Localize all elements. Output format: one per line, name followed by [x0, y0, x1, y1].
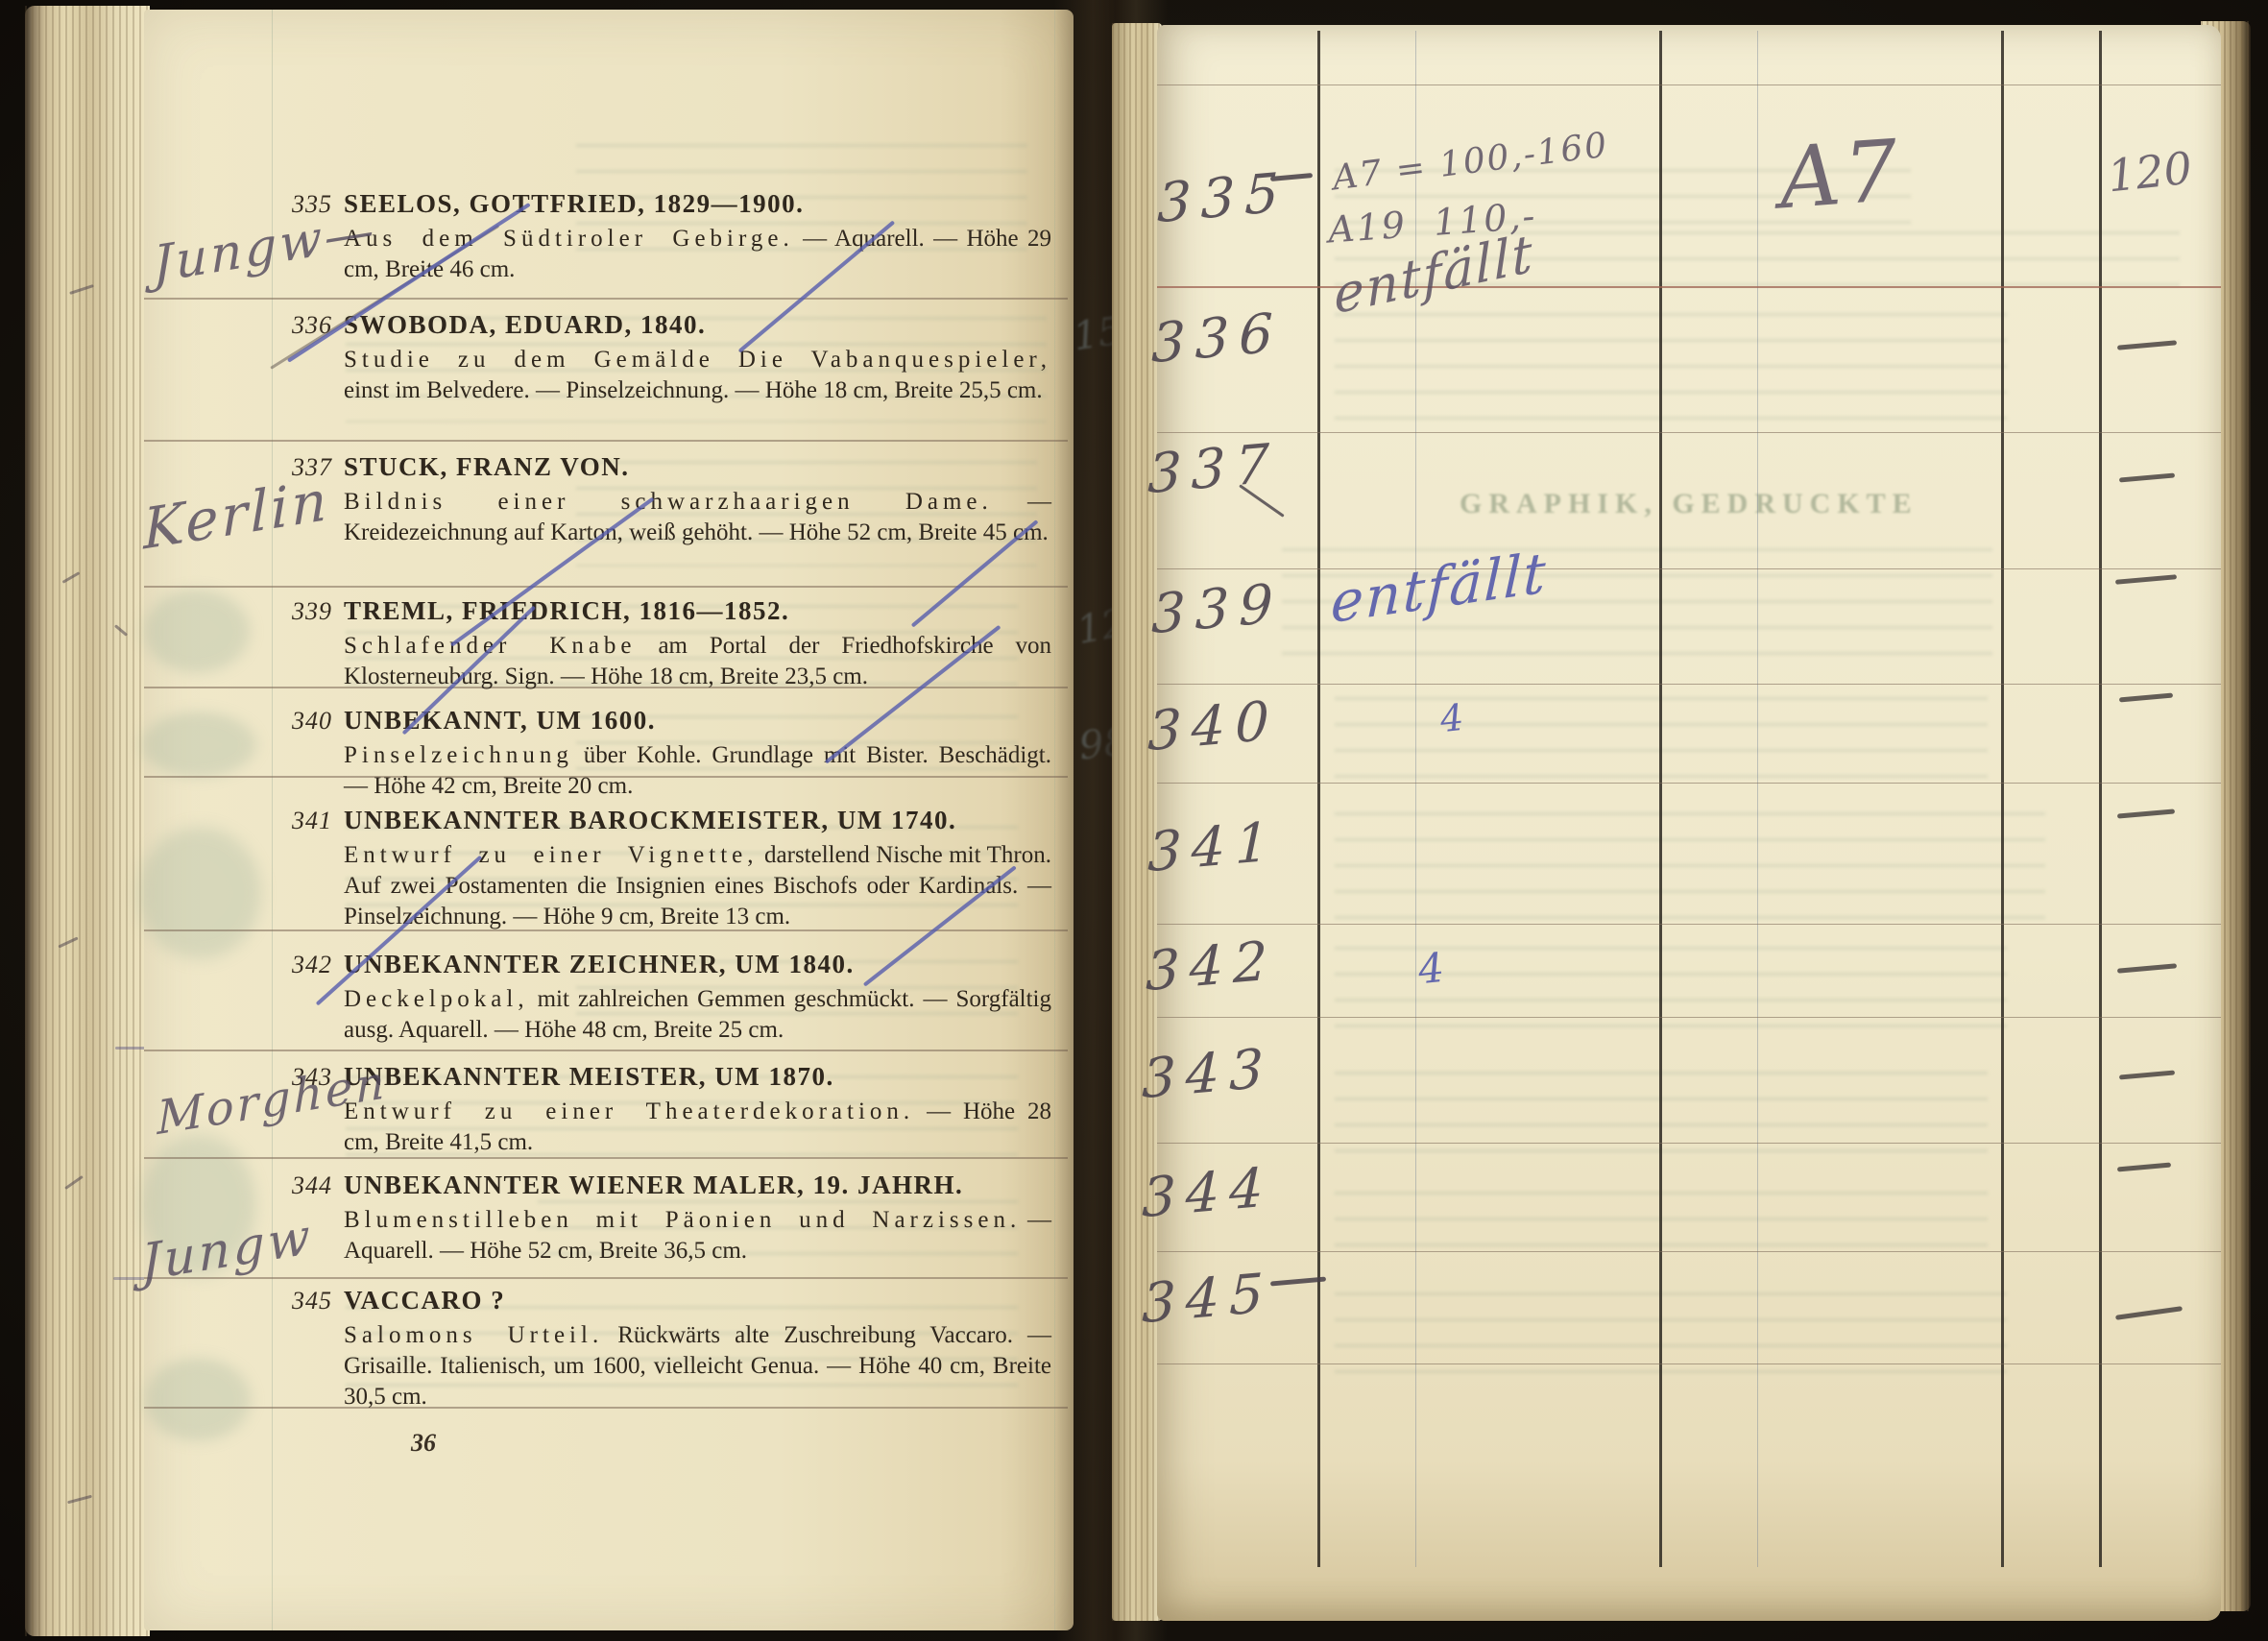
result-dash: [2117, 340, 2177, 350]
book-spread-scan: 15 12 98 335 SEELOS, GOTTFRIED, 1829—190…: [0, 0, 2268, 1641]
ledger-lot-number: 344: [1142, 1156, 1274, 1230]
catalog-entry: 337 STUCK, FRANZ VON. Bildnis einer schw…: [344, 451, 1051, 548]
ledger-row-rule: [1157, 1251, 2221, 1252]
entry-separator: [144, 440, 1068, 442]
ledger-row-rule: [1157, 568, 2221, 569]
showthrough-text: [1335, 313, 2007, 423]
entry-title: Pinselzeichnung: [344, 742, 573, 768]
showthrough-scribble: [139, 586, 254, 677]
catalog-entry: 341 UNBEKANNTER BAROCKMEISTER, UM 1740. …: [344, 805, 1051, 932]
result-dash: [2115, 1306, 2183, 1320]
entry-title: Blumenstilleben mit Päonien und Narzisse…: [344, 1207, 1021, 1233]
entry-separator: [144, 1277, 1068, 1279]
catalog-entry: 343 UNBEKANNTER MEISTER, UM 1870. Entwur…: [344, 1061, 1051, 1158]
ledger-result-value: 120: [2105, 142, 2194, 203]
showthrough-scribble: [140, 1354, 255, 1445]
ledger-row-rule: [1157, 1363, 2221, 1364]
entry-title: Aus dem Südtiroler Gebirge.: [344, 226, 794, 252]
catalog-page: 15 12 98 335 SEELOS, GOTTFRIED, 1829—190…: [144, 10, 1074, 1630]
ledger-row-rule: [1157, 1017, 2221, 1018]
ledger-lot-number: 337: [1147, 432, 1280, 506]
showthrough-text: [1335, 1292, 2007, 1384]
entry-text: Blumenstilleben mit Päonien und Narzisse…: [344, 1205, 1051, 1267]
entry-heading: SWOBODA, EDUARD, 1840.: [344, 309, 1051, 341]
book-left-page-edges: [25, 6, 150, 1636]
result-dash: [2117, 1163, 2171, 1172]
ledger-code: A7: [1776, 121, 1905, 229]
entry-description: einst im Belvedere. — Pinselzeichnung. —…: [344, 377, 1043, 403]
entry-heading: UNBEKANNTER MEISTER, UM 1870.: [344, 1061, 1051, 1093]
ledger-row-rule: [1157, 1143, 2221, 1144]
entry-heading: UNBEKANNTER BAROCKMEISTER, UM 1740.: [344, 805, 1051, 836]
entry-title: Studie zu dem Gemälde Die Vabanquespiele…: [344, 347, 1051, 373]
ledger-lot-number: 336: [1151, 302, 1284, 375]
result-dash: [2115, 574, 2177, 585]
ledger-column-rule: [1317, 31, 1320, 1567]
entry-heading: SEELOS, GOTTFRIED, 1829—1900.: [344, 188, 1051, 220]
result-dash: [2119, 693, 2173, 703]
ledger-page: GRAPHIK, GEDRUCKTE 335 336 337 339 340: [1157, 25, 2221, 1621]
entry-text: Entwurf zu einer Theaterdekoration. — Hö…: [344, 1097, 1051, 1158]
entry-title: Deckelpokal,: [344, 986, 529, 1012]
page-number: 36: [411, 1429, 436, 1458]
result-dash: [2117, 963, 2177, 973]
showthrough-text: [1335, 812, 2045, 928]
entry-heading: STUCK, FRANZ VON.: [344, 451, 1051, 483]
result-dash: [2119, 472, 2175, 482]
showthrough-scribble: [133, 821, 267, 965]
ledger-lot-number: 342: [1146, 929, 1278, 1003]
entry-text: Schlafender Knabe am Portal der Friedhof…: [344, 631, 1051, 692]
showthrough-heading: GRAPHIK, GEDRUCKTE: [1460, 488, 1918, 520]
ledger-lot-number: 345: [1142, 1262, 1274, 1336]
ledger-lot-number: 339: [1151, 572, 1284, 646]
entry-title: Salomons Urteil.: [344, 1322, 603, 1348]
ledger-note: 4: [1416, 944, 1449, 994]
entry-title: Entwurf zu einer Theaterdekoration.: [344, 1098, 914, 1124]
margin-note: Kerlin: [143, 467, 330, 562]
ledger-column-rule: [2001, 31, 2004, 1567]
entry-text: Bildnis einer schwarzhaarigen Dame. — Kr…: [344, 487, 1051, 548]
ledger-row-rule: [1157, 432, 2221, 433]
ledger-row-rule: [1157, 84, 2221, 85]
ledger-column-rule-thin: [1757, 31, 1758, 1567]
entry-heading: UNBEKANNTER WIENER MALER, 19. JAHRH.: [344, 1170, 1051, 1201]
lot-number: 340: [277, 707, 332, 736]
entry-separator: [144, 586, 1068, 588]
result-dash: [2119, 1070, 2175, 1079]
catalog-entry: 345 VACCARO ? Salomons Urteil. Rückwärts…: [344, 1285, 1051, 1412]
ledger-row-rule-red: [1157, 286, 2221, 288]
ledger-row-rule: [1157, 783, 2221, 784]
entry-text: Studie zu dem Gemälde Die Vabanquespiele…: [344, 345, 1051, 406]
entry-text: Salomons Urteil. Rückwärts alte Zuschrei…: [344, 1320, 1051, 1412]
ledger-column-rule: [1659, 31, 1662, 1567]
catalog-entry: 340 UNBEKANNT, UM 1600. Pinselzeichnung …: [344, 705, 1051, 802]
ledger-lot-number: 343: [1142, 1037, 1274, 1111]
lot-number: 339: [277, 597, 332, 626]
lot-number: 345: [277, 1287, 332, 1315]
entry-separator: [144, 1050, 1068, 1051]
entry-separator: [144, 298, 1068, 300]
lot-number: 344: [277, 1171, 332, 1200]
ledger-row-rule: [1157, 924, 2221, 925]
ledger-note: 4: [1438, 696, 1468, 740]
catalog-entry: 344 UNBEKANNTER WIENER MALER, 19. JAHRH.…: [344, 1170, 1051, 1267]
catalog-entry: 335 SEELOS, GOTTFRIED, 1829—1900. Aus de…: [344, 188, 1051, 285]
entry-heading: VACCARO ?: [344, 1285, 1051, 1316]
entry-text: Pinselzeichnung über Kohle. Grundlage mi…: [344, 740, 1051, 802]
result-dash: [2117, 808, 2175, 818]
catalog-entry: 336 SWOBODA, EDUARD, 1840. Studie zu dem…: [344, 309, 1051, 406]
lot-number: 342: [277, 951, 332, 979]
entry-title: Entwurf zu einer Vignette,: [344, 842, 758, 868]
showthrough-scribble: [136, 709, 261, 781]
ledger-column-rule: [2099, 31, 2102, 1567]
ledger-row-rule: [1157, 684, 2221, 685]
ledger-lot-number: 341: [1147, 810, 1280, 884]
lot-number: 341: [277, 807, 332, 835]
entry-title: Bildnis einer schwarzhaarigen Dame.: [344, 489, 993, 515]
entry-heading: UNBEKANNTER ZEICHNER, UM 1840.: [344, 949, 1051, 980]
catalog-entry: 342 UNBEKANNTER ZEICHNER, UM 1840. Decke…: [344, 949, 1051, 1046]
entry-heading: UNBEKANNT, UM 1600.: [344, 705, 1051, 736]
ledger-lot-number: 340: [1147, 689, 1280, 763]
ledger-lot-number: 335: [1157, 161, 1290, 235]
entry-text: Deckelpokal, mit zahlreichen Gemmen gesc…: [344, 984, 1051, 1046]
